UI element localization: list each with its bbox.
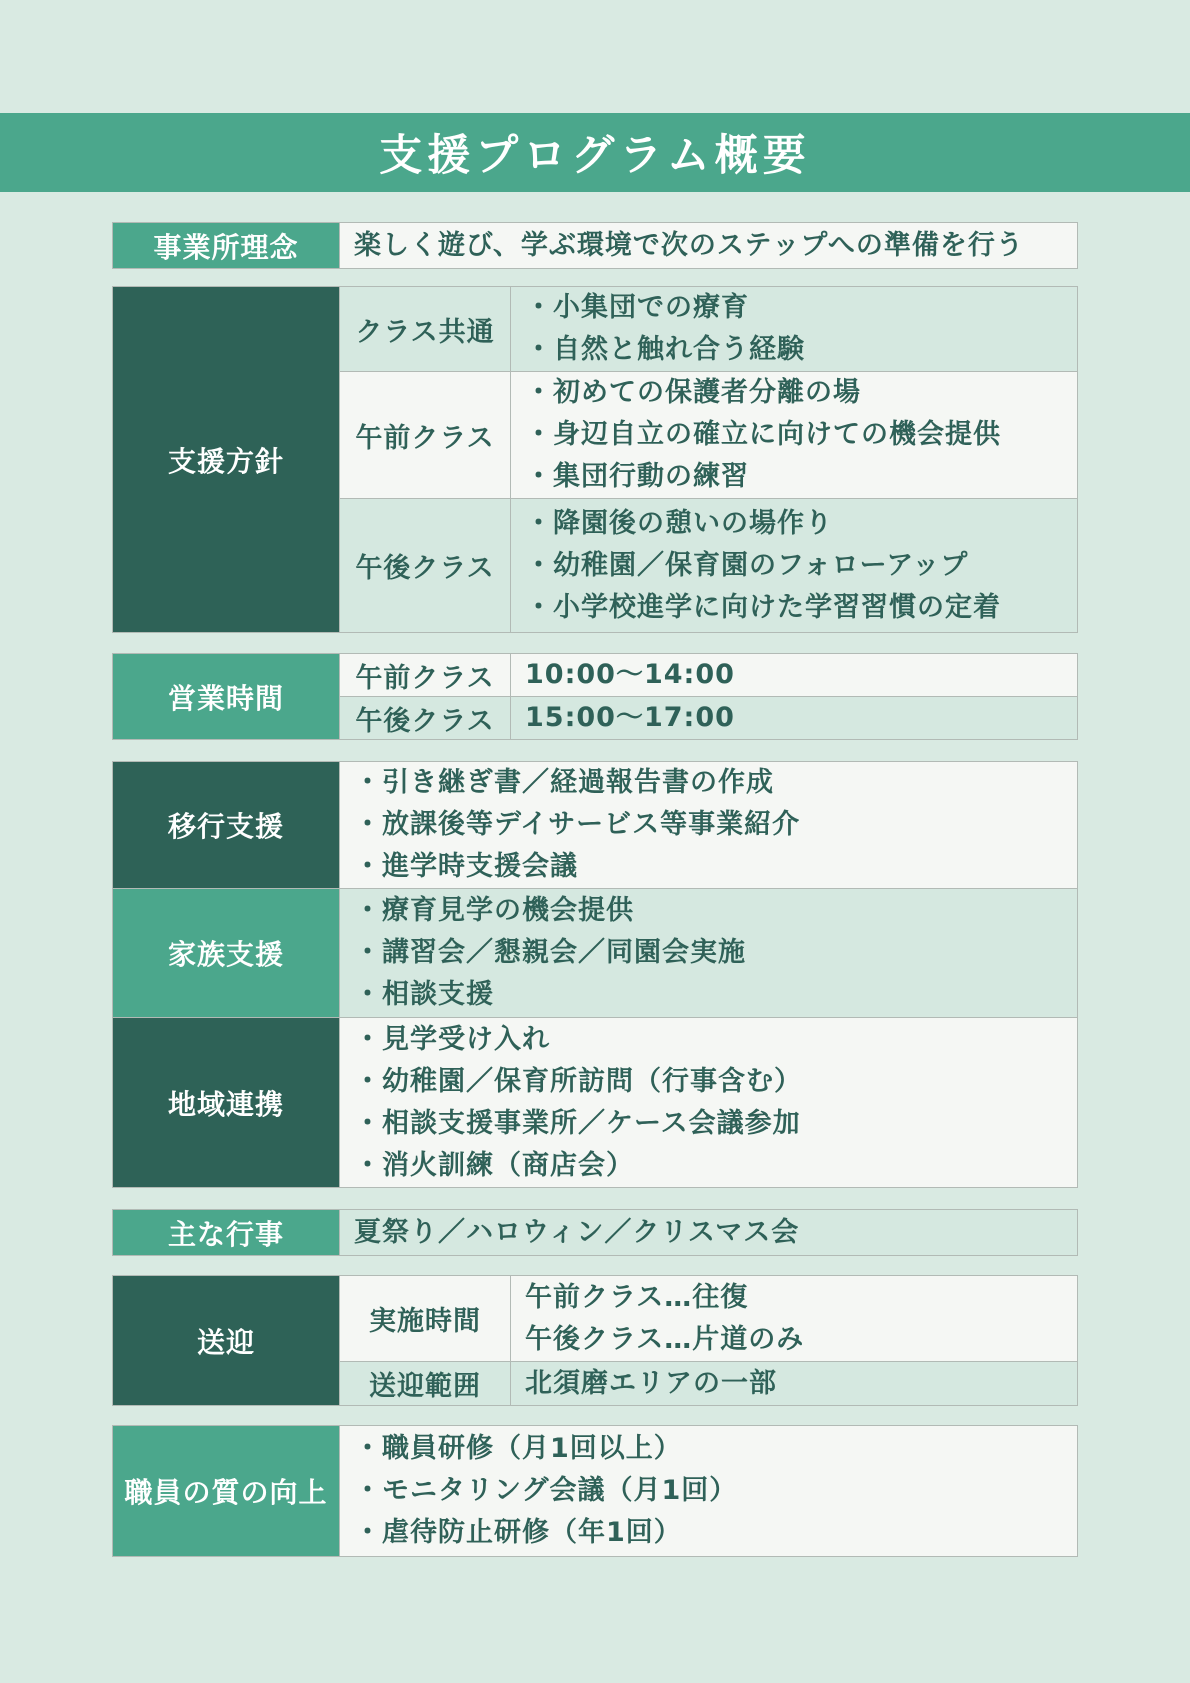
philosophy-header-cell: 事業所理念 — [113, 223, 340, 269]
bullet-item: ・相談支援事業所／ケース会議参加 — [354, 1103, 1073, 1145]
transport-header-cell: 送迎 — [113, 1276, 340, 1406]
bullet-item: ・消火訓練（商店会） — [354, 1145, 1073, 1187]
bullet-item: ・モニタリング会議（月1回） — [354, 1470, 1073, 1512]
transport-time-line: 午後クラス…片道のみ — [525, 1319, 1073, 1361]
bullet-item: ・降園後の憩いの場作り — [525, 503, 1073, 545]
bullet-item: ・集団行動の練習 — [525, 456, 1073, 498]
bullet-item: ・講習会／懇親会／同園会実施 — [354, 932, 1073, 974]
transport-area-label: 送迎範囲 — [340, 1362, 511, 1406]
events-value-cell: 夏祭り／ハロウィン／クリスマス会 — [340, 1210, 1078, 1256]
hours-table: 営業時間 午前クラス 10:00〜14:00 午後クラス 15:00〜17:00 — [112, 653, 1078, 740]
philosophy-value: 楽しく遊び、学ぶ環境で次のステップへの準備を行う — [354, 231, 1073, 261]
quality-table: 職員の質の向上 ・職員研修（月1回以上） ・モニタリング会議（月1回） ・虐待防… — [112, 1425, 1078, 1557]
quality-header-cell: 職員の質の向上 — [113, 1426, 340, 1557]
community-row: 地域連携 ・見学受け入れ ・幼稚園／保育所訪問（行事含む） ・相談支援事業所／ケ… — [113, 1018, 1078, 1188]
support-table: 移行支援 ・引き継ぎ書／経過報告書の作成 ・放課後等デイサービス等事業紹介 ・進… — [112, 761, 1078, 1188]
policy-afternoon-items: ・降園後の憩いの場作り ・幼稚園／保育園のフォローアップ ・小学校進学に向けた学… — [511, 499, 1078, 633]
transport-time-label: 実施時間 — [340, 1276, 511, 1362]
community-header-cell: 地域連携 — [113, 1018, 340, 1188]
transition-header-cell: 移行支援 — [113, 762, 340, 889]
policy-morning-items: ・初めての保護者分離の場 ・身辺自立の確立に向けての機会提供 ・集団行動の練習 — [511, 372, 1078, 499]
bullet-item: ・小学校進学に向けた学習習慣の定着 — [525, 587, 1073, 629]
policy-common-label: クラス共通 — [340, 287, 511, 372]
events-value: 夏祭り／ハロウィン／クリスマス会 — [354, 1218, 1073, 1248]
bullet-item: ・小集団での療育 — [525, 287, 1073, 329]
bullet-item: ・進学時支援会議 — [354, 846, 1073, 888]
community-items: ・見学受け入れ ・幼稚園／保育所訪問（行事含む） ・相談支援事業所／ケース会議参… — [340, 1018, 1078, 1188]
transport-time-lines: 午前クラス…往復 午後クラス…片道のみ — [511, 1276, 1078, 1362]
transport-area-value: 北須磨エリアの一部 — [525, 1369, 1073, 1399]
family-items: ・療育見学の機会提供 ・講習会／懇親会／同園会実施 ・相談支援 — [340, 889, 1078, 1018]
page-title: 支援プログラム概要 — [379, 122, 811, 183]
bullet-item: ・相談支援 — [354, 974, 1073, 1016]
hours-morning-value-cell: 10:00〜14:00 — [511, 654, 1078, 697]
philosophy-value-cell: 楽しく遊び、学ぶ環境で次のステップへの準備を行う — [340, 223, 1078, 269]
family-header-cell: 家族支援 — [113, 889, 340, 1018]
bullet-item: ・放課後等デイサービス等事業紹介 — [354, 804, 1073, 846]
page: 支援プログラム概要 事業所理念 楽しく遊び、学ぶ環境で次のステップへの準備を行う… — [0, 0, 1190, 1683]
bullet-item: ・療育見学の機会提供 — [354, 890, 1073, 932]
philosophy-row: 事業所理念 楽しく遊び、学ぶ環境で次のステップへの準備を行う — [113, 223, 1078, 269]
policy-common-items: ・小集団での療育 ・自然と触れ合う経験 — [511, 287, 1078, 372]
hours-afternoon-value-cell: 15:00〜17:00 — [511, 697, 1078, 740]
page-title-banner: 支援プログラム概要 — [0, 113, 1190, 192]
quality-items: ・職員研修（月1回以上） ・モニタリング会議（月1回） ・虐待防止研修（年1回） — [340, 1426, 1078, 1557]
transport-table: 送迎 実施時間 午前クラス…往復 午後クラス…片道のみ 送迎範囲 北須磨エリアの… — [112, 1275, 1078, 1406]
hours-morning-label: 午前クラス — [340, 654, 511, 697]
policy-row-common: 支援方針 クラス共通 ・小集団での療育 ・自然と触れ合う経験 — [113, 287, 1078, 372]
transition-row: 移行支援 ・引き継ぎ書／経過報告書の作成 ・放課後等デイサービス等事業紹介 ・進… — [113, 762, 1078, 889]
hours-afternoon-label: 午後クラス — [340, 697, 511, 740]
bullet-item: ・幼稚園／保育所訪問（行事含む） — [354, 1061, 1073, 1103]
hours-header-cell: 営業時間 — [113, 654, 340, 740]
bullet-item: ・初めての保護者分離の場 — [525, 372, 1073, 414]
bullet-item: ・職員研修（月1回以上） — [354, 1428, 1073, 1470]
bullet-item: ・身辺自立の確立に向けての機会提供 — [525, 414, 1073, 456]
policy-morning-label: 午前クラス — [340, 372, 511, 499]
events-row: 主な行事 夏祭り／ハロウィン／クリスマス会 — [113, 1210, 1078, 1256]
events-table: 主な行事 夏祭り／ハロウィン／クリスマス会 — [112, 1209, 1078, 1256]
quality-row: 職員の質の向上 ・職員研修（月1回以上） ・モニタリング会議（月1回） ・虐待防… — [113, 1426, 1078, 1557]
hours-row-morning: 営業時間 午前クラス 10:00〜14:00 — [113, 654, 1078, 697]
bullet-item: ・幼稚園／保育園のフォローアップ — [525, 545, 1073, 587]
hours-afternoon-value: 15:00〜17:00 — [525, 703, 1073, 733]
events-header-cell: 主な行事 — [113, 1210, 340, 1256]
policy-table: 支援方針 クラス共通 ・小集団での療育 ・自然と触れ合う経験 午前クラス ・初め… — [112, 286, 1078, 633]
transport-time-row: 送迎 実施時間 午前クラス…往復 午後クラス…片道のみ — [113, 1276, 1078, 1362]
transport-area-value-cell: 北須磨エリアの一部 — [511, 1362, 1078, 1406]
transport-time-line: 午前クラス…往復 — [525, 1277, 1073, 1319]
family-row: 家族支援 ・療育見学の機会提供 ・講習会／懇親会／同園会実施 ・相談支援 — [113, 889, 1078, 1018]
bullet-item: ・見学受け入れ — [354, 1019, 1073, 1061]
bullet-item: ・自然と触れ合う経験 — [525, 329, 1073, 371]
policy-header-cell: 支援方針 — [113, 287, 340, 633]
bullet-item: ・引き継ぎ書／経過報告書の作成 — [354, 762, 1073, 804]
policy-afternoon-label: 午後クラス — [340, 499, 511, 633]
hours-morning-value: 10:00〜14:00 — [525, 660, 1073, 690]
bullet-item: ・虐待防止研修（年1回） — [354, 1512, 1073, 1554]
philosophy-table: 事業所理念 楽しく遊び、学ぶ環境で次のステップへの準備を行う — [112, 222, 1078, 269]
transition-items: ・引き継ぎ書／経過報告書の作成 ・放課後等デイサービス等事業紹介 ・進学時支援会… — [340, 762, 1078, 889]
